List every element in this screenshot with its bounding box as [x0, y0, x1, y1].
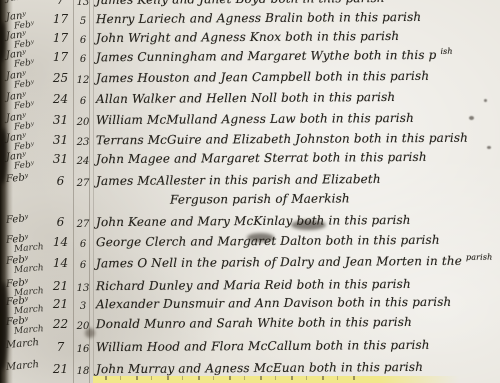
banns-day: 17: [49, 31, 72, 45]
banns-day: 24: [49, 92, 72, 106]
entry-text: William McMulland Agness Law both in thi…: [96, 111, 414, 127]
register-row: JanʸFebʸ2512James Houston and Jean Campb…: [0, 70, 500, 92]
entry-text: James Houston and Jean Campbell both in …: [96, 69, 429, 85]
banns-day: 21: [49, 362, 72, 376]
entry-number: 18: [74, 366, 92, 377]
entry-number: 13: [74, 283, 92, 294]
banns-day: 31: [49, 113, 72, 127]
banns-day: 14: [49, 256, 72, 270]
entry-text: Terrans McGuire and Elizabeth Johnston b…: [96, 131, 468, 148]
register-row: JanʸFebʸ176James Cunningham and Margaret…: [0, 49, 500, 71]
entry-text: James Cunningham and Margaret Wythe both…: [96, 48, 453, 64]
entry-superscript: ish: [440, 47, 452, 56]
ink-blot: [85, 328, 95, 338]
banns-day: 7: [49, 0, 72, 7]
register-page: Janʸ713James Kelly and Janet Boyd both i…: [0, 0, 500, 383]
banns-day: 6: [49, 215, 72, 229]
register-row: March716William Hood and Flora McCallum …: [0, 339, 500, 361]
entry-number: 20: [74, 117, 92, 128]
register-row: FebʸMarch146James O Nell in the parish o…: [0, 255, 500, 277]
banns-day: 17: [49, 12, 72, 26]
banns-day: 25: [49, 71, 72, 85]
entry-number: 3: [74, 301, 92, 312]
ink-blot: [291, 220, 326, 230]
entry-number: 5: [74, 16, 92, 27]
register-row: JanʸFebʸ3124John Magee and Margaret Ster…: [0, 151, 500, 173]
banns-day: 21: [49, 279, 72, 293]
banns-day: 21: [49, 297, 72, 311]
entry-text: Richard Dunley and Maria Reid both in th…: [96, 277, 411, 293]
margin-month-secondary: March: [14, 324, 53, 336]
entry-number: 27: [74, 219, 92, 230]
entry-text: James O Nell in the parish of Dalry and …: [96, 254, 492, 271]
highlight-strip: [93, 376, 459, 383]
entry-text: James McAllester in this parish and Eliz…: [96, 172, 381, 188]
register-row: Ferguson parish of Maerkish: [0, 192, 500, 214]
ink-blot: [247, 233, 274, 242]
banns-day: 17: [49, 50, 72, 64]
entry-number: 6: [74, 260, 92, 271]
entry-text: Donald Munro and Sarah White both in thi…: [96, 315, 412, 331]
entry-text: John Magee and Margaret Sterrat both in …: [96, 150, 427, 166]
banns-day: 31: [49, 152, 72, 166]
entry-number: 23: [74, 137, 92, 148]
entry-number: 6: [74, 239, 92, 250]
banns-day: 31: [49, 133, 72, 147]
entry-text: John Murray and Agness McEuan both in th…: [96, 360, 423, 376]
entry-text: Alexander Dunsmuir and Ann Davison both …: [96, 295, 451, 311]
ink-speck: [469, 116, 474, 120]
banns-day: 7: [49, 340, 72, 354]
register-row: FebʸMarch213Alexander Dunsmuir and Ann D…: [0, 296, 500, 318]
entry-number: 6: [74, 54, 92, 65]
entry-text: Allan Walker and Hellen Noll both in thi…: [96, 90, 395, 106]
entry-text: James Kelly and Janet Boyd both in this …: [96, 0, 385, 7]
entry-number: 16: [74, 344, 92, 355]
entry-number: 27: [74, 178, 92, 189]
entry-text: Henry Lariech and Agness Bralin both in …: [96, 10, 421, 26]
banns-day: 6: [49, 174, 72, 188]
entry-number: 24: [74, 156, 92, 167]
entry-text: Ferguson parish of Maerkish: [170, 191, 350, 206]
entry-text: John Wright and Agness Knox both in this…: [96, 29, 399, 45]
margin-month-secondary: March: [14, 263, 53, 275]
entry-number: 6: [74, 35, 92, 46]
register-row: FebʸMarch2220Donald Munro and Sarah Whit…: [0, 316, 500, 338]
entry-text: William Hood and Flora McCallum both in …: [96, 338, 430, 354]
banns-day: 22: [49, 317, 72, 331]
ink-speck: [487, 146, 491, 149]
banns-day: 14: [49, 235, 72, 249]
entry-superscript: parish: [466, 253, 492, 262]
entry-number: 12: [74, 75, 92, 86]
register-row: JanʸFebʸ246Allan Walker and Hellen Noll …: [0, 91, 500, 113]
entry-number: 6: [74, 96, 92, 107]
entry-number: 13: [74, 0, 92, 8]
ink-speck: [484, 99, 487, 102]
margin-month-secondary: Febʸ: [14, 159, 53, 171]
entry-text: John Keane and Mary McKinlay both in thi…: [96, 213, 411, 229]
